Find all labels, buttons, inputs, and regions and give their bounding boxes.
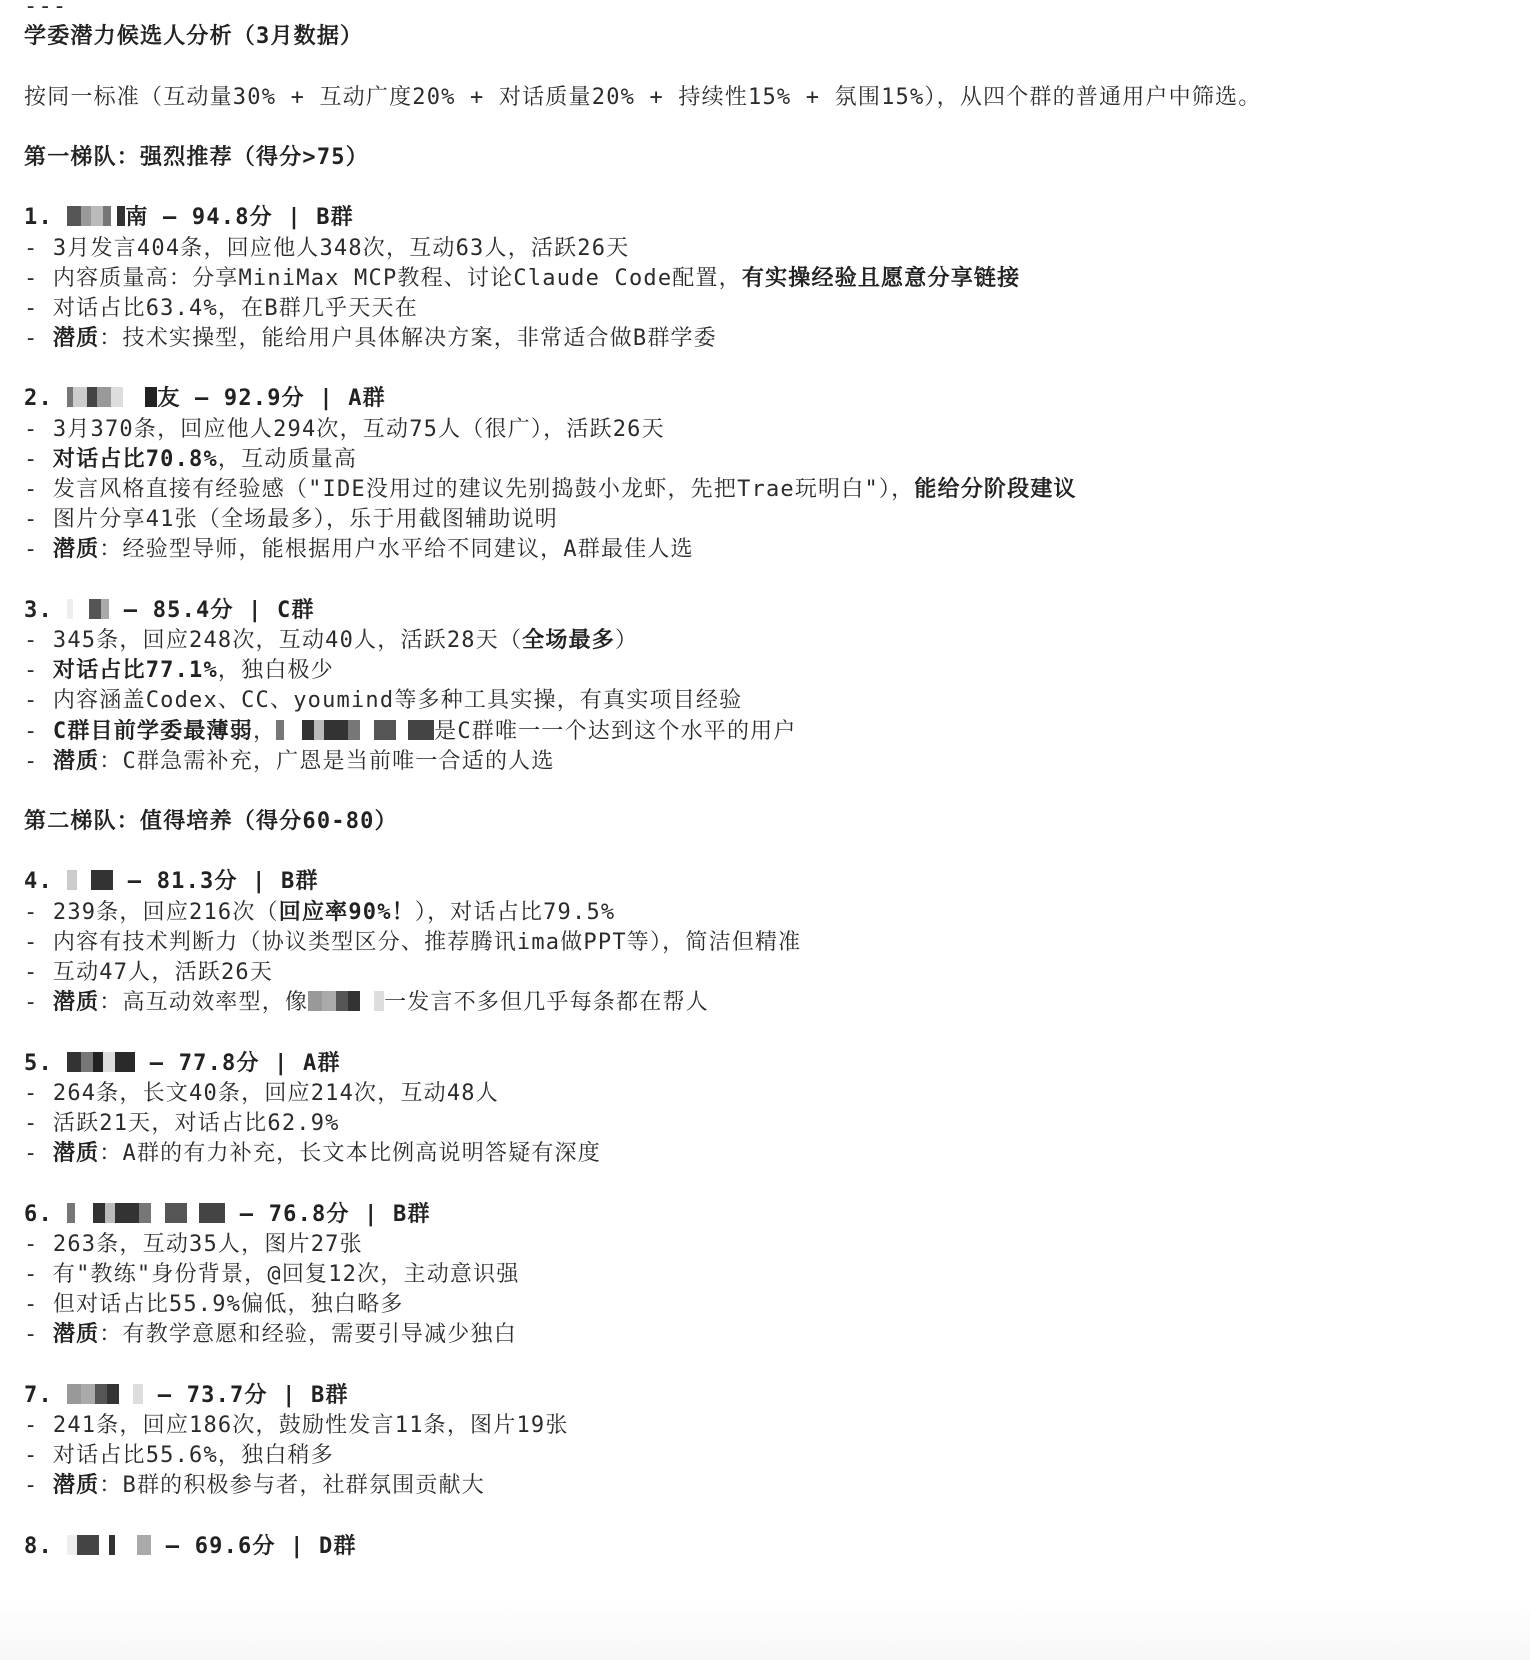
bullet-marker: -	[24, 658, 53, 683]
plain-text: 活跃21天，对话占比62.9%	[53, 1111, 340, 1136]
plain-text: 内容有技术判断力（协议类型区分、推荐腾讯ima做PPT等），简洁但精准	[53, 930, 801, 955]
redacted-name-mosaic	[67, 387, 157, 407]
plain-text: ，互动质量高	[218, 447, 357, 472]
bold-text: 能给分阶段建议	[914, 477, 1076, 502]
spacer	[24, 1501, 1530, 1531]
bullet-marker: -	[24, 1292, 53, 1317]
bullet-marker: -	[24, 477, 53, 502]
bullet-marker: -	[24, 749, 53, 774]
plain-text: 345条，回应248次，互动40人，活跃28天（	[53, 628, 522, 653]
bullet-item: - 发言风格直接有经验感（"IDE没用过的建议先别捣鼓小龙虾，先把Trae玩明白…	[24, 475, 1530, 505]
candidate-title: 1. 南 – 94.8分 | B群	[24, 203, 1530, 233]
candidate-group: B群	[281, 869, 319, 894]
plain-text: ：有教学意愿和经验，需要引导减少独白	[99, 1322, 517, 1347]
redacted-name-mosaic	[67, 870, 113, 890]
candidate-score: 69.6分	[195, 1534, 276, 1559]
criteria-text: 按同一标准（互动量30% + 互动广度20% + 对话质量20% + 持续性15…	[24, 83, 1530, 113]
candidate-group: D群	[319, 1534, 357, 1559]
candidate-rank: 1.	[24, 205, 67, 230]
bullet-marker: -	[24, 900, 53, 925]
candidate-group: A群	[303, 1051, 341, 1076]
plain-text: 互动47人，活跃26天	[53, 960, 273, 985]
bullet-item: - 239条，回应216次（回应率90%！），对话占比79.5%	[24, 898, 1530, 928]
bullet-item: - 潜质：有教学意愿和经验，需要引导减少独白	[24, 1320, 1530, 1350]
bullet-marker: -	[24, 507, 53, 532]
candidate-rank: 2.	[24, 386, 67, 411]
bold-text: 潜质	[53, 1473, 99, 1498]
bold-text: 潜质	[53, 749, 99, 774]
plain-text: 发言风格直接有经验感（"IDE没用过的建议先别捣鼓小龙虾，先把Trae玩明白"）…	[53, 477, 914, 502]
bullet-marker: -	[24, 1111, 53, 1136]
bullet-item: - 潜质：经验型导师，能根据用户水平给不同建议，A群最佳人选	[24, 535, 1530, 565]
score-separator: –	[151, 1534, 194, 1559]
bullet-item: - 对话占比55.6%，独白稍多	[24, 1441, 1530, 1471]
bullet-item: - 241条，回应186次，鼓励性发言11条，图片19张	[24, 1411, 1530, 1441]
plain-text: 但对话占比55.9%偏低，独白略多	[53, 1292, 404, 1317]
plain-text: 241条，回应186次，鼓励性发言11条，图片19张	[53, 1413, 569, 1438]
candidate-rank: 7.	[24, 1383, 67, 1408]
plain-text: ：经验型导师，能根据用户水平给不同建议，A群最佳人选	[99, 537, 693, 562]
bullet-marker: -	[24, 688, 53, 713]
candidate-score: 73.7分	[187, 1383, 268, 1408]
bullet-marker: -	[24, 1232, 53, 1257]
bullet-item: - 潜质：技术实操型，能给用户具体解决方案，非常适合做B群学委	[24, 324, 1530, 354]
candidate-score: 77.8分	[179, 1051, 260, 1076]
group-separator: |	[260, 1051, 303, 1076]
bullet-item: - 潜质：C群急需补充，广恩是当前唯一合适的人选	[24, 747, 1530, 777]
plain-text: ：技术实操型，能给用户具体解决方案，非常适合做B群学委	[99, 326, 717, 351]
bullet-item: - 内容涵盖Codex、CC、youmind等多种工具实操，有真实项目经验	[24, 686, 1530, 716]
score-separator: –	[109, 598, 152, 623]
bullet-item: - 对话占比70.8%，互动质量高	[24, 445, 1530, 475]
group-separator: |	[276, 1534, 319, 1559]
plain-text: 有"教练"身份背景，@回复12次，主动意识强	[53, 1262, 520, 1287]
redacted-name-mosaic	[67, 1384, 143, 1404]
plain-text: 一发言不多但几乎每条都在帮人	[384, 990, 709, 1015]
plain-text: ：A群的有力补充，长文本比例高说明答疑有深度	[99, 1141, 601, 1166]
candidate-rank: 8.	[24, 1534, 67, 1559]
bullet-item: - 潜质：高互动效率型，像一发言不多但几乎每条都在帮人	[24, 988, 1530, 1018]
bullet-item: - 潜质：A群的有力补充，长文本比例高说明答疑有深度	[24, 1139, 1530, 1169]
bullet-item: - 3月发言404条，回应他人348次，互动63人，活跃26天	[24, 234, 1530, 264]
bullet-item: - 活跃21天，对话占比62.9%	[24, 1109, 1530, 1139]
plain-text: ：C群急需补充，广恩是当前唯一合适的人选	[99, 749, 554, 774]
spacer	[24, 1018, 1530, 1048]
candidate-score: 94.8分	[192, 205, 273, 230]
spacer	[24, 566, 1530, 596]
score-separator: –	[113, 869, 156, 894]
plain-text: 3月370条，回应他人294次，互动75人（很广），活跃26天	[53, 417, 665, 442]
bullet-marker: -	[24, 1141, 53, 1166]
bullet-item: - 但对话占比55.9%偏低，独白略多	[24, 1290, 1530, 1320]
candidate-score: 92.9分	[224, 386, 305, 411]
bold-text: 对话占比77.1%	[53, 658, 218, 683]
redacted-name-mosaic	[67, 599, 109, 619]
bullet-item: - 图片分享41张（全场最多），乐于用截图辅助说明	[24, 505, 1530, 535]
candidate-title: 8. – 69.6分 | D群	[24, 1532, 1530, 1562]
plain-text: 图片分享41张（全场最多），乐于用截图辅助说明	[53, 507, 558, 532]
bullet-marker: -	[24, 266, 53, 291]
candidate-title: 3. – 85.4分 | C群	[24, 596, 1530, 626]
bold-text: C群目前学委最薄弱	[53, 719, 253, 744]
bullet-item: - 互动47人，活跃26天	[24, 958, 1530, 988]
bold-text: 全场最多	[522, 628, 615, 653]
bullet-marker: -	[24, 296, 53, 321]
group-separator: |	[238, 869, 281, 894]
group-separator: |	[305, 386, 348, 411]
bullet-marker: -	[24, 236, 53, 261]
score-separator: –	[181, 386, 224, 411]
score-separator: –	[143, 1383, 186, 1408]
bullet-marker: -	[24, 719, 53, 744]
candidate-group: C群	[277, 598, 315, 623]
tier-heading: 第二梯队：值得培养（得分60-80）	[24, 807, 1530, 837]
bold-text: 回应率90%！	[279, 900, 415, 925]
candidate-group: B群	[393, 1202, 431, 1227]
plain-text: 264条，长文40条，回应214次，互动48人	[53, 1081, 499, 1106]
separator: ---	[24, 0, 1530, 22]
bullet-marker: -	[24, 960, 53, 985]
plain-text: 263条，互动35人，图片27张	[53, 1232, 363, 1257]
tier-heading: 第一梯队：强烈推荐（得分>75）	[24, 143, 1530, 173]
bullet-item: - 内容质量高：分享MiniMax MCP教程、讨论Claude Code配置，…	[24, 264, 1530, 294]
plain-text: ：B群的积极参与者，社群氛围贡献大	[99, 1473, 485, 1498]
plain-text: 3月发言404条，回应他人348次，互动63人，活跃26天	[53, 236, 630, 261]
redacted-name-mosaic	[67, 1203, 225, 1223]
bullet-marker: -	[24, 930, 53, 955]
bullet-item: - 有"教练"身份背景，@回复12次，主动意识强	[24, 1260, 1530, 1290]
candidate-score: 85.4分	[153, 598, 234, 623]
bullet-marker: -	[24, 990, 53, 1015]
bottom-fade	[0, 1600, 1530, 1660]
candidate-title: 5. – 77.8分 | A群	[24, 1049, 1530, 1079]
bullet-marker: -	[24, 1081, 53, 1106]
plain-text: 内容质量高：分享MiniMax MCP教程、讨论Claude Code配置，	[53, 266, 742, 291]
plain-text: 对话占比63.4%，在B群几乎天天在	[53, 296, 418, 321]
bold-text: 潜质	[53, 326, 99, 351]
candidate-title: 2. 友 – 92.9分 | A群	[24, 384, 1530, 414]
bullet-marker: -	[24, 447, 53, 472]
candidate-rank: 5.	[24, 1051, 67, 1076]
bold-text: 潜质	[53, 1322, 99, 1347]
candidate-title: 6. – 76.8分 | B群	[24, 1200, 1530, 1230]
plain-text: 内容涵盖Codex、CC、youmind等多种工具实操，有真实项目经验	[53, 688, 742, 713]
group-separator: |	[350, 1202, 393, 1227]
bullet-item: - C群目前学委最薄弱，是C群唯一一个达到这个水平的用户	[24, 717, 1530, 747]
bullet-item: - 内容有技术判断力（协议类型区分、推荐腾讯ima做PPT等），简洁但精准	[24, 928, 1530, 958]
bullet-item: - 263条，互动35人，图片27张	[24, 1230, 1530, 1260]
candidate-group: A群	[348, 386, 386, 411]
spacer	[24, 354, 1530, 384]
bold-text: 有实操经验且愿意分享链接	[742, 266, 1020, 291]
spacer	[24, 173, 1530, 203]
candidate-group: B群	[311, 1383, 349, 1408]
redacted-name-mosaic	[67, 206, 125, 226]
redacted-name-mosaic	[67, 1052, 135, 1072]
candidate-score: 81.3分	[157, 869, 238, 894]
bullet-marker: -	[24, 1413, 53, 1438]
spacer	[24, 1350, 1530, 1380]
spacer	[24, 777, 1530, 807]
tier-list: 第一梯队：强烈推荐（得分>75）1. 南 – 94.8分 | B群- 3月发言4…	[24, 143, 1530, 1562]
plain-text: ）	[615, 628, 638, 653]
bullet-item: - 对话占比63.4%，在B群几乎天天在	[24, 294, 1530, 324]
candidate-rank: 3.	[24, 598, 67, 623]
candidate-rank: 4.	[24, 869, 67, 894]
bullet-marker: -	[24, 537, 53, 562]
plain-text: ，	[253, 719, 276, 744]
bullet-marker: -	[24, 1443, 53, 1468]
bullet-item: - 对话占比77.1%，独白极少	[24, 656, 1530, 686]
group-separator: |	[273, 205, 316, 230]
plain-text: 239条，回应216次（	[53, 900, 279, 925]
plain-text: ），对话占比79.5%	[415, 900, 615, 925]
plain-text: 是C群唯一一个达到这个水平的用户	[434, 719, 796, 744]
bullet-marker: -	[24, 1322, 53, 1347]
bold-text: 对话占比70.8%	[53, 447, 218, 472]
redacted-name-mosaic	[276, 720, 434, 740]
candidate-title: 7. – 73.7分 | B群	[24, 1381, 1530, 1411]
candidate-rank: 6.	[24, 1202, 67, 1227]
bold-text: 潜质	[53, 537, 99, 562]
bullet-marker: -	[24, 1473, 53, 1498]
name-tail: 南	[125, 205, 148, 230]
spacer	[24, 1169, 1530, 1199]
bullet-item: - 潜质：B群的积极参与者，社群氛围贡献大	[24, 1471, 1530, 1501]
candidate-title: 4. – 81.3分 | B群	[24, 867, 1530, 897]
name-tail: 友	[157, 386, 180, 411]
candidate-group: B群	[316, 205, 354, 230]
score-separator: –	[135, 1051, 178, 1076]
bullet-item: - 3月370条，回应他人294次，互动75人（很广），活跃26天	[24, 415, 1530, 445]
bullet-marker: -	[24, 1262, 53, 1287]
bullet-marker: -	[24, 628, 53, 653]
document-body: --- 学委潜力候选人分析（3月数据） 按同一标准（互动量30% + 互动广度2…	[24, 0, 1530, 1562]
group-separator: |	[234, 598, 277, 623]
redacted-name-mosaic	[308, 991, 384, 1011]
bullet-marker: -	[24, 326, 53, 351]
document-title: 学委潜力候选人分析（3月数据）	[24, 22, 1530, 52]
bullet-item: - 264条，长文40条，回应214次，互动48人	[24, 1079, 1530, 1109]
candidate-score: 76.8分	[269, 1202, 350, 1227]
bullet-item: - 345条，回应248次，互动40人，活跃28天（全场最多）	[24, 626, 1530, 656]
spacer	[24, 837, 1530, 867]
group-separator: |	[268, 1383, 311, 1408]
plain-text: ：高互动效率型，像	[99, 990, 308, 1015]
bold-text: 潜质	[53, 990, 99, 1015]
bold-text: 潜质	[53, 1141, 99, 1166]
score-separator: –	[149, 205, 192, 230]
score-separator: –	[225, 1202, 268, 1227]
redacted-name-mosaic	[67, 1535, 151, 1555]
bullet-marker: -	[24, 417, 53, 442]
plain-text: 对话占比55.6%，独白稍多	[53, 1443, 334, 1468]
plain-text: ，独白极少	[218, 658, 334, 683]
